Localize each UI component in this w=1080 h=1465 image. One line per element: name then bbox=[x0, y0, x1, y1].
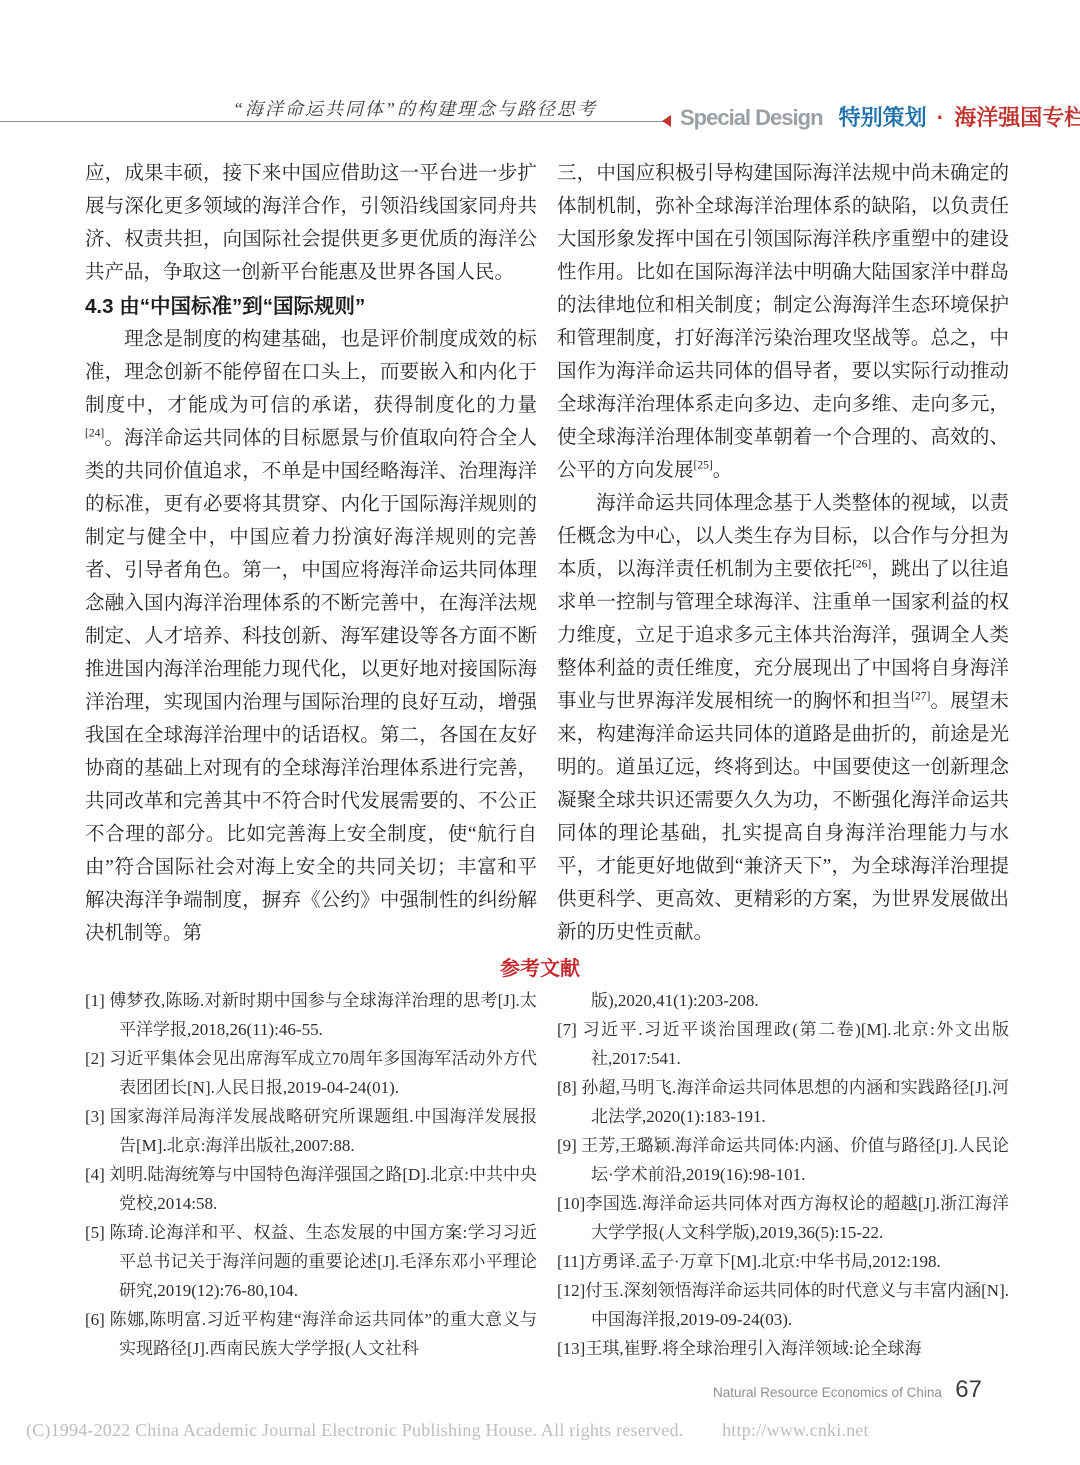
reference-text: 孙超,马明飞.海洋命运共同体思想的内涵和实践路径[J].河北法学,2020(1)… bbox=[581, 1078, 1009, 1126]
paragraph: 海洋命运共同体理念基于人类整体的视域，以责任概念为中心，以人类生存为目标，以合作… bbox=[557, 487, 1009, 949]
cnki-url: http://www.cnki.net bbox=[722, 1420, 869, 1440]
section-heading: 4.3 由“中国标准”到“国际规则” bbox=[85, 291, 537, 322]
reference-text: 付玉.深刻领悟海洋命运共同体的时代意义与丰富内涵[N].中国海洋报,2019-0… bbox=[585, 1281, 1009, 1329]
reference-text: 国家海洋局海洋发展战略研究所课题组.中国海洋发展报告[M].北京:海洋出版社,2… bbox=[110, 1107, 537, 1155]
references-column-left: [1] 傅梦孜,陈旸.对新时期中国参与全球海洋治理的思考[J].太平洋学报,20… bbox=[85, 986, 537, 1368]
citation-superscript: [26] bbox=[852, 559, 871, 571]
reference-number: [6] bbox=[85, 1310, 110, 1329]
references-heading: 参考文献 bbox=[0, 952, 1080, 981]
copyright-text: (C)1994-2022 China Academic Journal Elec… bbox=[26, 1420, 683, 1440]
reference-number: [5] bbox=[85, 1223, 110, 1242]
reference-item: [6] 陈娜,陈明富.习近平构建“海洋命运共同体”的重大意义与实现路径[J].西… bbox=[85, 1305, 537, 1363]
reference-number: [9] bbox=[557, 1136, 581, 1155]
reference-number: [11] bbox=[557, 1252, 585, 1271]
reference-number: [10] bbox=[557, 1194, 585, 1213]
page-number: 67 bbox=[955, 1376, 982, 1403]
reference-text: 陈娜,陈明富.习近平构建“海洋命运共同体”的重大意义与实现路径[J].西南民族大… bbox=[110, 1310, 537, 1358]
journal-page: “海洋命运共同体”的构建理念与路径思考 Special Design 特别策划 … bbox=[0, 0, 1080, 1465]
reference-item: [11]方勇译.孟子·万章下[M].北京:中华书局,2012:198. bbox=[557, 1247, 1009, 1276]
journal-english-name: Natural Resource Economics of China bbox=[713, 1385, 942, 1400]
reference-item: [1] 傅梦孜,陈旸.对新时期中国参与全球海洋治理的思考[J].太平洋学报,20… bbox=[85, 986, 537, 1044]
citation-superscript: [25] bbox=[694, 460, 713, 472]
footer-journal-line: Natural Resource Economics of China 67 bbox=[713, 1376, 982, 1404]
reference-item: [5] 陈琦.论海洋和平、权益、生态发展的中国方案:学习习近平总书记关于海洋问题… bbox=[85, 1218, 537, 1305]
reference-text: 陈琦.论海洋和平、权益、生态发展的中国方案:学习习近平总书记关于海洋问题的重要论… bbox=[110, 1223, 538, 1300]
column-label-cn: 海洋强国专栏 bbox=[954, 105, 1080, 130]
citation-superscript: [24] bbox=[85, 428, 104, 440]
reference-item: [10]李国选.海洋命运共同体对西方海权论的超越[J].浙江海洋大学学报(人文科… bbox=[557, 1189, 1009, 1247]
references-column-right: 版),2020,41(1):203-208.[7] 习近平.习近平谈治国理政(第… bbox=[557, 986, 1009, 1368]
reference-item: [8] 孙超,马明飞.海洋命运共同体思想的内涵和实践路径[J].河北法学,202… bbox=[557, 1073, 1009, 1131]
copyright-watermark: (C)1994-2022 China Academic Journal Elec… bbox=[26, 1420, 869, 1441]
reference-item: 版),2020,41(1):203-208. bbox=[557, 986, 1009, 1015]
paragraph: 应，成果丰硕，接下来中国应借助这一平台进一步扩展与深化更多领域的海洋合作，引领沿… bbox=[85, 157, 537, 289]
reference-number: [12] bbox=[557, 1281, 585, 1300]
body-column-left: 应，成果丰硕，接下来中国应借助这一平台进一步扩展与深化更多领域的海洋合作，引领沿… bbox=[85, 157, 537, 951]
section-label-en: Special Design bbox=[680, 105, 823, 130]
reference-text: 王琪,崔野.将全球治理引入海洋领域:论全球海 bbox=[585, 1339, 921, 1358]
reference-text: 版),2020,41(1):203-208. bbox=[591, 991, 759, 1010]
reference-text: 傅梦孜,陈旸.对新时期中国参与全球海洋治理的思考[J].太平洋学报,2018,2… bbox=[109, 991, 537, 1039]
body-column-right: 三，中国应积极引导构建国际海洋法规中尚未确定的体制机制，弥补全球海洋治理体系的缺… bbox=[557, 157, 1009, 951]
section-label-cn: 特别策划 bbox=[839, 105, 927, 130]
reference-text: 习近平集体会见出席海军成立70周年多国海军活动外方代表团团长[N].人民日报,2… bbox=[109, 1049, 537, 1097]
paragraph: 三，中国应积极引导构建国际海洋法规中尚未确定的体制机制，弥补全球海洋治理体系的缺… bbox=[557, 157, 1009, 487]
reference-number: [3] bbox=[85, 1107, 110, 1126]
arrow-left-icon bbox=[662, 115, 671, 127]
reference-number: [1] bbox=[85, 991, 109, 1010]
reference-item: [2] 习近平集体会见出席海军成立70周年多国海军活动外方代表团团长[N].人民… bbox=[85, 1044, 537, 1102]
reference-text: 方勇译.孟子·万章下[M].北京:中华书局,2012:198. bbox=[585, 1252, 941, 1271]
reference-item: [7] 习近平.习近平谈治国理政(第二卷)[M].北京:外文出版社,2017:5… bbox=[557, 1015, 1009, 1073]
running-title: “海洋命运共同体”的构建理念与路径思考 bbox=[233, 95, 597, 121]
section-separator-dot: · bbox=[937, 105, 944, 130]
reference-number: [4] bbox=[85, 1165, 109, 1184]
reference-item: [12]付玉.深刻领悟海洋命运共同体的时代意义与丰富内涵[N].中国海洋报,20… bbox=[557, 1276, 1009, 1334]
reference-item: [9] 王芳,王璐颖.海洋命运共同体:内涵、价值与路径[J].人民论坛·学术前沿… bbox=[557, 1131, 1009, 1189]
reference-number: [7] bbox=[557, 1020, 583, 1039]
header-divider bbox=[0, 121, 663, 122]
header-section-banner: Special Design 特别策划 · 海洋强国专栏 bbox=[680, 101, 1080, 132]
reference-number: [8] bbox=[557, 1078, 581, 1097]
reference-number: [2] bbox=[85, 1049, 109, 1068]
citation-superscript: [27] bbox=[911, 691, 930, 703]
reference-item: [3] 国家海洋局海洋发展战略研究所课题组.中国海洋发展报告[M].北京:海洋出… bbox=[85, 1102, 537, 1160]
reference-text: 王芳,王璐颖.海洋命运共同体:内涵、价值与路径[J].人民论坛·学术前沿,201… bbox=[581, 1136, 1009, 1184]
reference-item: [13]王琪,崔野.将全球治理引入海洋领域:论全球海 bbox=[557, 1334, 1009, 1363]
reference-text: 刘明.陆海统筹与中国特色海洋强国之路[D].北京:中共中央党校,2014:58. bbox=[109, 1165, 537, 1213]
paragraph: 理念是制度的构建基础，也是评价制度成效的标准，理念创新不能停留在口头上，而要嵌入… bbox=[85, 323, 537, 950]
reference-text: 李国选.海洋命运共同体对西方海权论的超越[J].浙江海洋大学学报(人文科学版),… bbox=[585, 1194, 1009, 1242]
reference-number: [13] bbox=[557, 1339, 585, 1358]
reference-item: [4] 刘明.陆海统筹与中国特色海洋强国之路[D].北京:中共中央党校,2014… bbox=[85, 1160, 537, 1218]
reference-text: 习近平.习近平谈治国理政(第二卷)[M].北京:外文出版社,2017:541. bbox=[583, 1020, 1009, 1068]
